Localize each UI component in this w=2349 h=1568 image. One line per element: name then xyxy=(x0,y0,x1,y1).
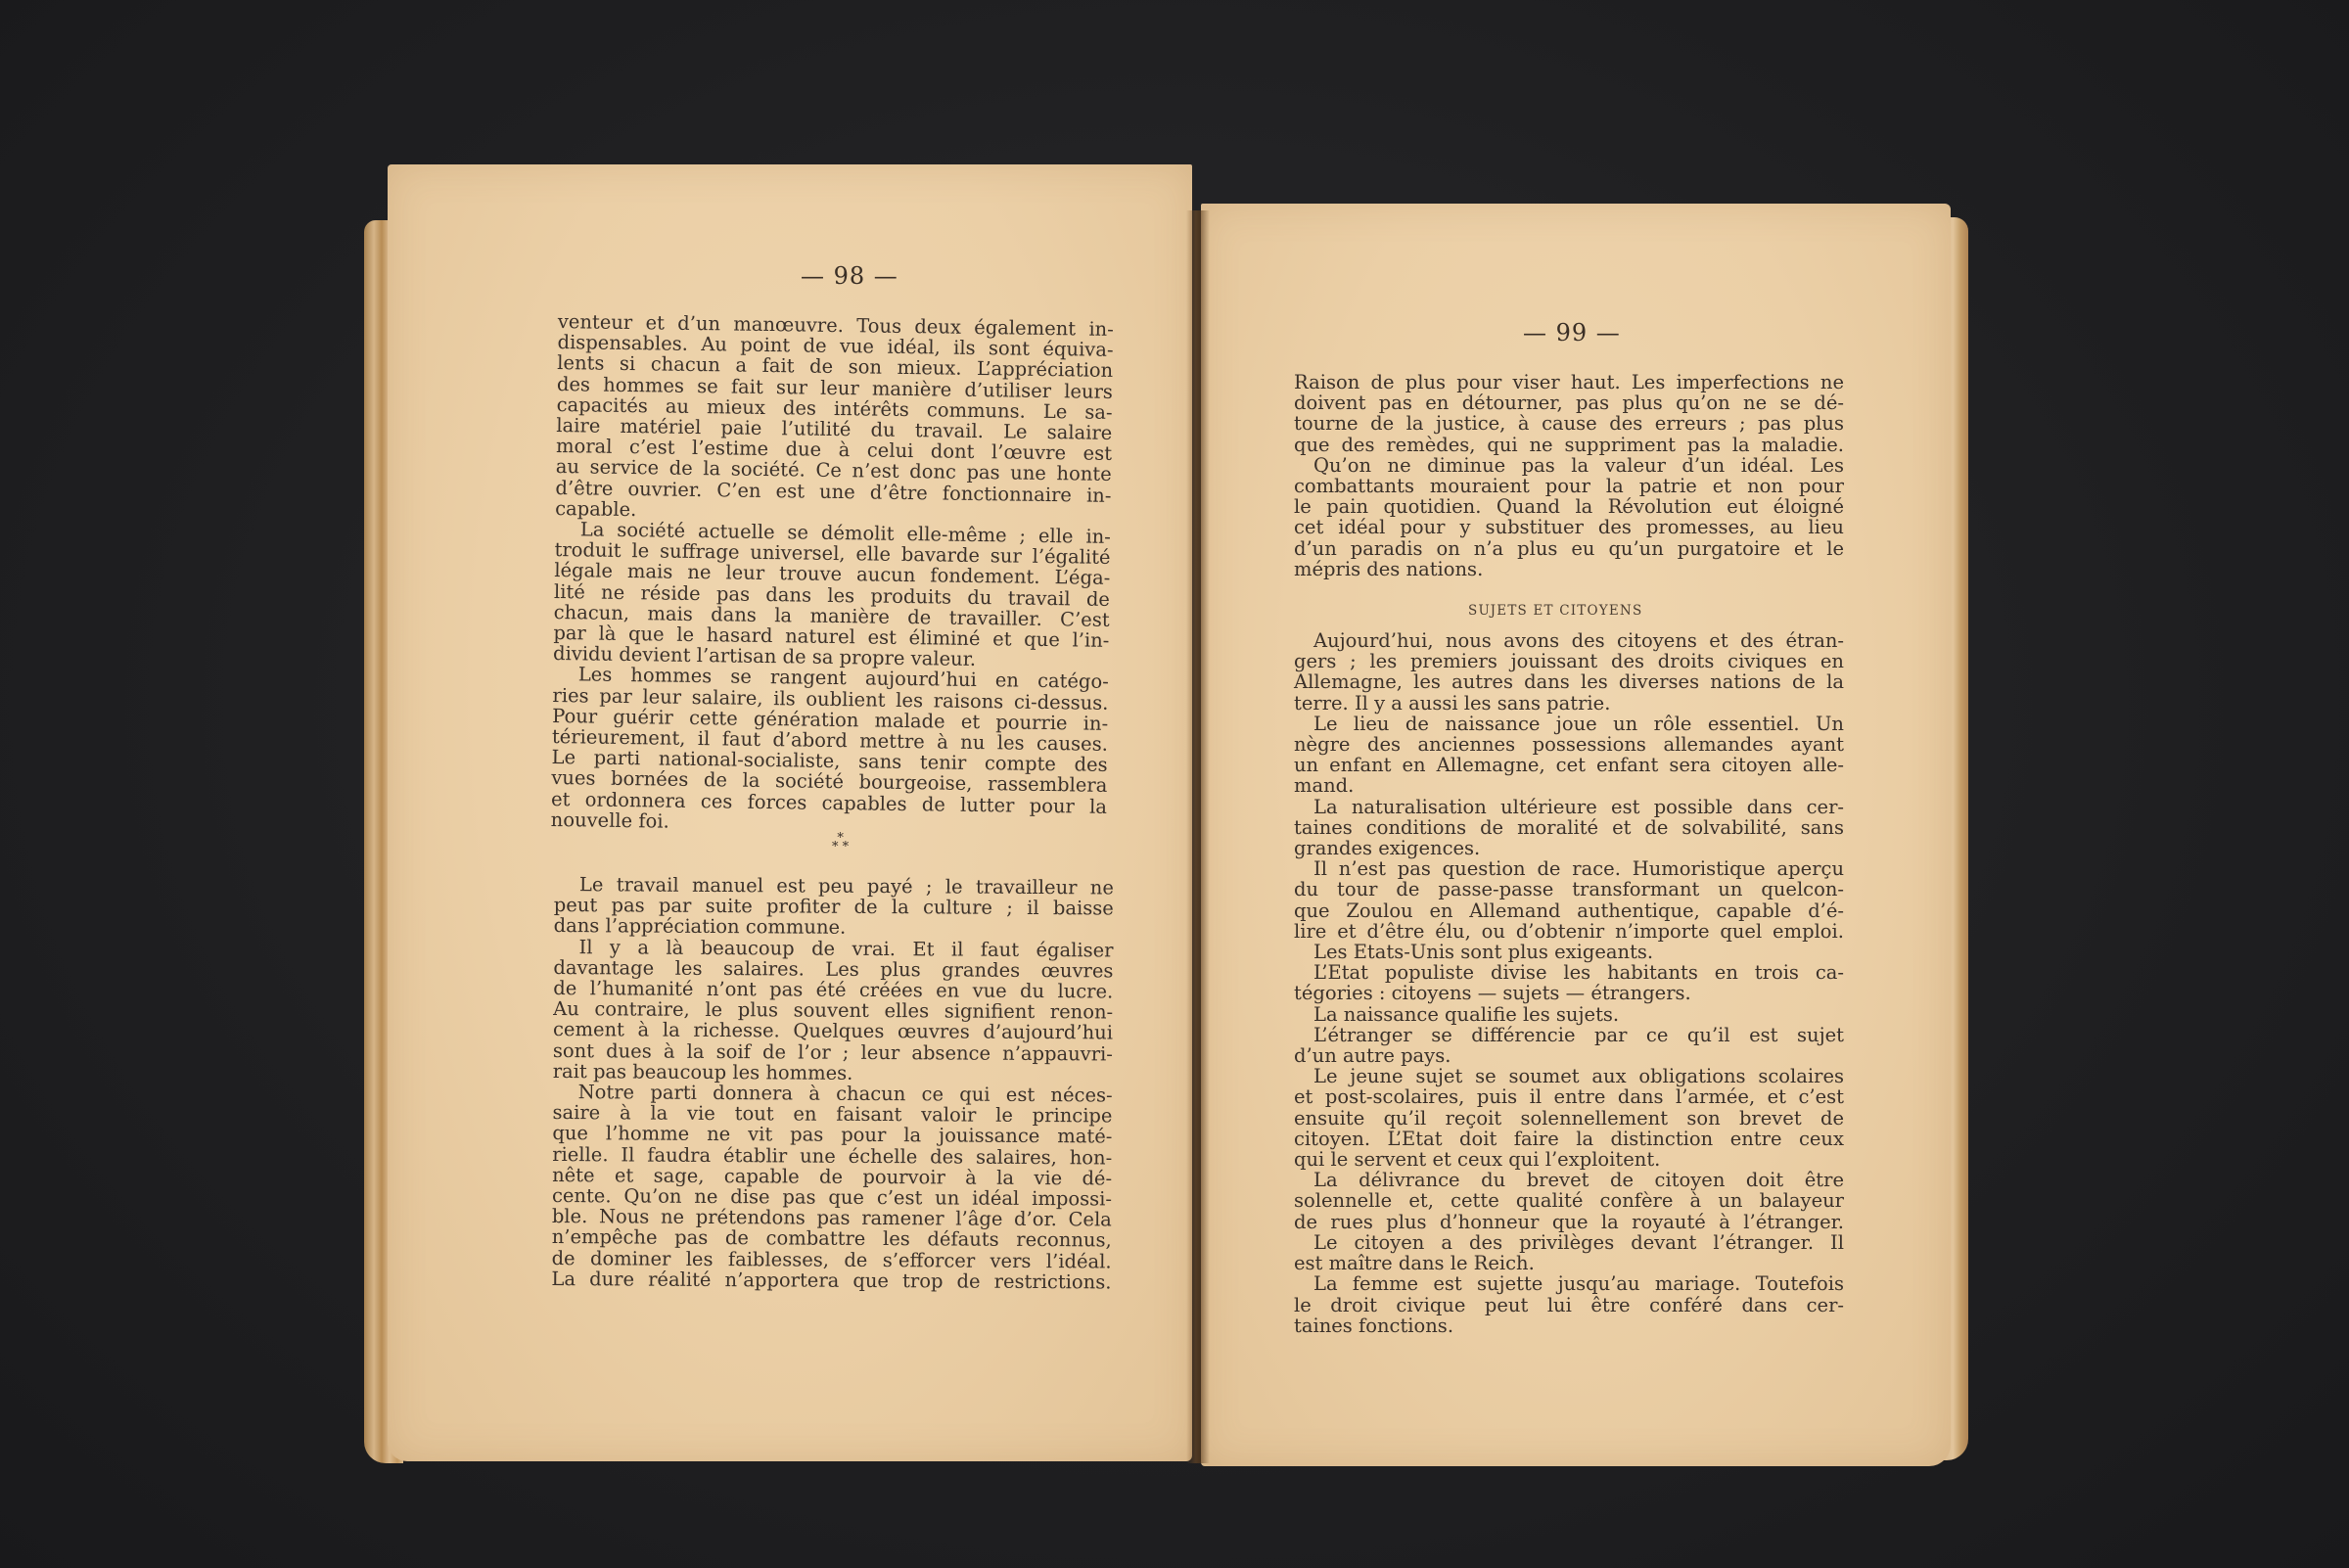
text-line: tourne de la justice, à cause des erreur… xyxy=(1294,413,1844,434)
text-line: La femme est sujette jusqu’au mariage. T… xyxy=(1294,1273,1844,1294)
text-line: Le jeune sujet se soumet aux obligations… xyxy=(1294,1066,1844,1086)
text-line: citoyen. L’Etat doit faire la distinctio… xyxy=(1294,1129,1844,1149)
text-line: ensuite qu’il reçoit solennellement son … xyxy=(1294,1108,1844,1129)
text-line: le pain quotidien. Quand la Révolution e… xyxy=(1294,496,1844,517)
text-line: tégories : citoyens — sujets — étrangers… xyxy=(1294,983,1844,1003)
right-page-text-section-1: Raison de plus pour viser haut. Les impe… xyxy=(1294,372,1844,579)
text-line: solennelle et, cette qualité confère à u… xyxy=(1294,1190,1844,1211)
text-line: Aujourd’hui, nous avons des citoyens et … xyxy=(1294,630,1844,651)
text-line: Le lieu de naissance joue un rôle essent… xyxy=(1294,714,1844,734)
text-line: et post-scolaires, puis il entre dans l’… xyxy=(1294,1086,1844,1107)
text-line: Allemagne, les autres dans les diverses … xyxy=(1294,671,1844,692)
text-line: La naturalisation ultérieure est possibl… xyxy=(1294,797,1844,817)
text-line: de rues plus d’honneur que la royauté à … xyxy=(1294,1212,1844,1232)
text-line: terre. Il y a aussi les sans patrie. xyxy=(1294,693,1844,714)
left-page-text-section-2: Le travail manuel est peu payé ; le trav… xyxy=(551,874,1114,1293)
asterism-ornament: * * * xyxy=(832,834,849,852)
text-line: est maître dans le Reich. xyxy=(1294,1253,1844,1273)
text-line: d’un paradis on n’a plus eu qu’un purgat… xyxy=(1294,538,1844,559)
text-line: La délivrance du brevet de citoyen doit … xyxy=(1294,1170,1844,1190)
text-line: Le citoyen a des privilèges devant l’étr… xyxy=(1294,1232,1844,1253)
text-line: qui le servent et ceux qui l’exploitent. xyxy=(1294,1149,1844,1170)
text-line: lire et d’être élu, ou d’obtenir n’impor… xyxy=(1294,921,1844,942)
text-line: taines fonctions. xyxy=(1294,1315,1844,1336)
text-line: La dure réalité n’apportera que trop de … xyxy=(551,1268,1111,1293)
text-line: grandes exigences. xyxy=(1294,838,1844,858)
text-line: Qu’on ne diminue pas la valeur d’un idéa… xyxy=(1294,455,1844,476)
asterism-bottom: * * xyxy=(832,843,849,852)
text-line: cet idéal pour y substituer des promesse… xyxy=(1294,517,1844,537)
text-line: taines conditions de moralité et de solv… xyxy=(1294,817,1844,838)
text-line: mépris des nations. xyxy=(1294,559,1844,579)
text-line: combattants mouraient pour la patrie et … xyxy=(1294,476,1844,496)
section-heading: SUJETS ET CITOYENS xyxy=(1468,603,1642,619)
left-page-text-section-1: venteur et d’un manœuvre. Tous deux égal… xyxy=(551,311,1114,838)
text-line: un enfant en Allemagne, cet enfant sera … xyxy=(1294,755,1844,775)
text-line: doivent pas en détourner, pas plus qu’on… xyxy=(1294,392,1844,413)
text-line: Raison de plus pour viser haut. Les impe… xyxy=(1294,372,1844,392)
right-page-text-section-2: Aujourd’hui, nous avons des citoyens et … xyxy=(1294,630,1844,1336)
text-line: d’un autre pays. xyxy=(1294,1045,1844,1066)
text-line: nègre des anciennes possessions allemand… xyxy=(1294,734,1844,755)
text-line: Les Etats-Unis sont plus exigeants. xyxy=(1294,942,1844,962)
text-line: mand. xyxy=(1294,775,1844,796)
text-line: du tour de passe-passe transformant un q… xyxy=(1294,879,1844,899)
book-gutter xyxy=(1186,210,1210,1463)
left-page-number: — 98 — xyxy=(801,262,898,290)
right-page-number: — 99 — xyxy=(1523,319,1621,346)
text-line: gers ; les premiers jouissant des droits… xyxy=(1294,651,1844,671)
text-line: La naissance qualifie les sujets. xyxy=(1294,1004,1844,1025)
text-line: le droit civique peut lui être conféré d… xyxy=(1294,1295,1844,1315)
text-line: que des remèdes, qui ne suppriment pas l… xyxy=(1294,435,1844,455)
text-line: L’Etat populiste divise les habitants en… xyxy=(1294,962,1844,983)
text-line: Il n’est pas question de race. Humoristi… xyxy=(1294,858,1844,879)
open-book: — 98 — venteur et d’un manœuvre. Tous de… xyxy=(0,0,2349,1568)
text-line: que Zoulou en Allemand authentique, capa… xyxy=(1294,900,1844,921)
text-line: L’étranger se différencie par ce qu’il e… xyxy=(1294,1025,1844,1045)
